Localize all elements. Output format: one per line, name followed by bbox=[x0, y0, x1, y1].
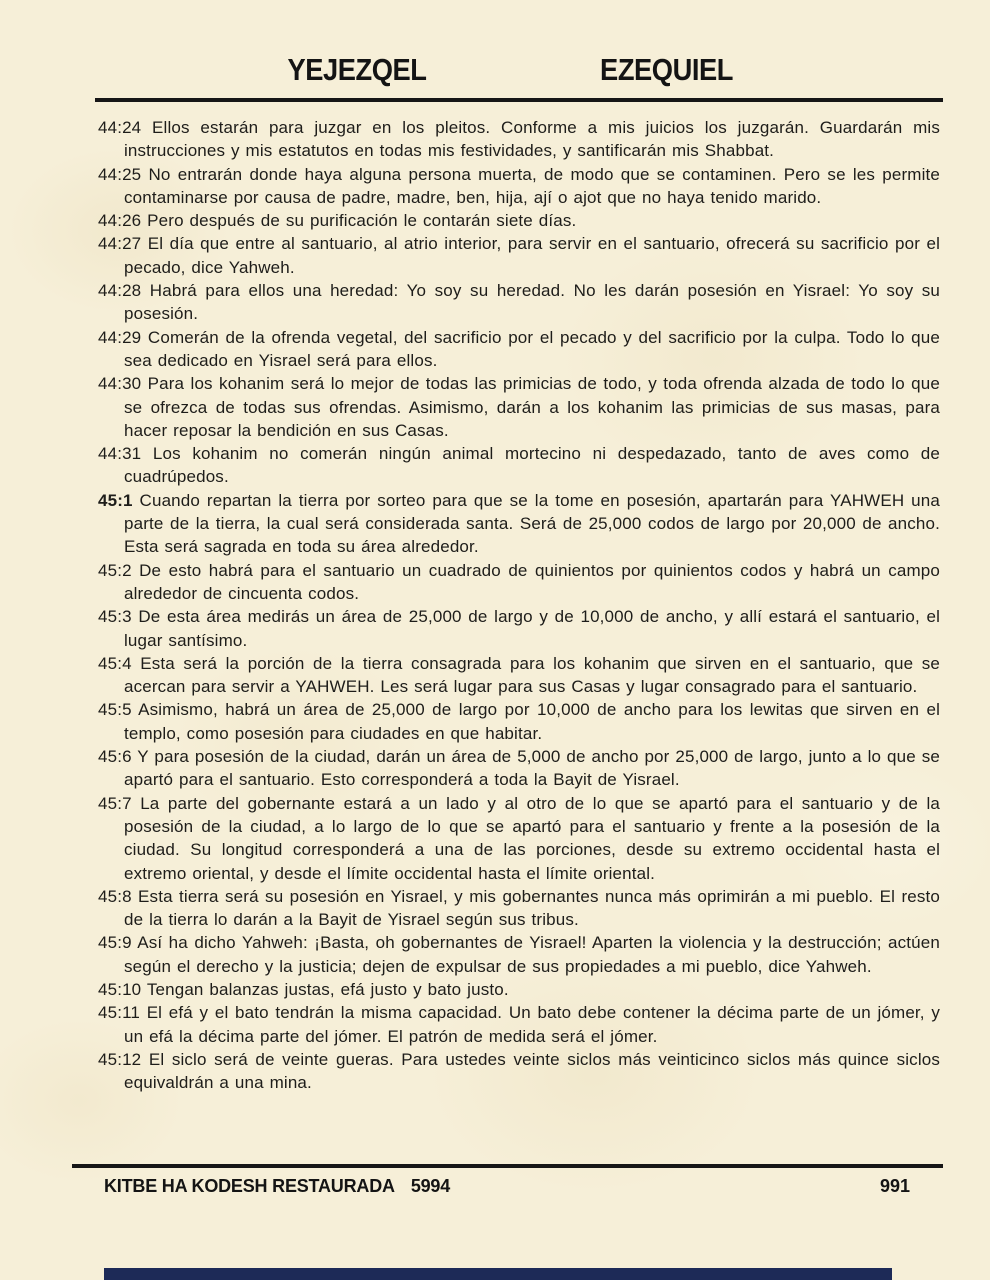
verse-paragraph: 45:10 Tengan balanzas justas, efá justo … bbox=[98, 978, 940, 1001]
bottom-edge-bar bbox=[104, 1268, 892, 1280]
verse-number: 44:28 bbox=[98, 281, 141, 300]
verse-paragraph: 44:24 Ellos estarán para juzgar en los p… bbox=[98, 116, 940, 163]
verse-text: De esta área medirás un área de 25,000 d… bbox=[124, 607, 940, 649]
verse-number: 45:7 bbox=[98, 794, 132, 813]
verse-text: Así ha dicho Yahweh: ¡Basta, oh gobernan… bbox=[124, 933, 940, 975]
verse-text: La parte del gobernante estará a un lado… bbox=[124, 794, 940, 883]
edition-year: 5994 bbox=[411, 1176, 450, 1196]
verse-text: El efá y el bato tendrán la misma capaci… bbox=[124, 1003, 940, 1045]
verse-paragraph: 45:5 Asimismo, habrá un área de 25,000 d… bbox=[98, 698, 940, 745]
verse-number: 44:26 bbox=[98, 211, 141, 230]
verse-text: Cuando repartan la tierra por sorteo par… bbox=[124, 491, 940, 557]
verse-text: De esto habrá para el santuario un cuadr… bbox=[124, 561, 940, 603]
book-title-hebrew: YEJEZQEL bbox=[287, 52, 426, 88]
verse-text: El día que entre al santuario, al atrio … bbox=[124, 234, 940, 276]
verse-paragraph: 44:28 Habrá para ellos una heredad: Yo s… bbox=[98, 279, 940, 326]
verse-number: 45:9 bbox=[98, 933, 132, 952]
verse-text: Habrá para ellos una heredad: Yo soy su … bbox=[124, 281, 940, 323]
verse-number: 45:1 bbox=[98, 491, 133, 510]
verse-number: 45:3 bbox=[98, 607, 132, 626]
page-number: 991 bbox=[880, 1176, 910, 1197]
edition-title: KITBE HA KODESH RESTAURADA bbox=[104, 1176, 395, 1196]
verse-text: Para los kohanim será lo mejor de todas … bbox=[124, 374, 940, 440]
verse-text: El siclo será de veinte gueras. Para ust… bbox=[124, 1050, 940, 1092]
verse-number: 45:8 bbox=[98, 887, 132, 906]
verse-paragraph: 45:8 Esta tierra será su posesión en Yis… bbox=[98, 885, 940, 932]
verse-number: 44:29 bbox=[98, 328, 141, 347]
verse-text: Pero después de su purificación le conta… bbox=[141, 211, 576, 230]
verse-text: Comerán de la ofrenda vegetal, del sacri… bbox=[124, 328, 940, 370]
verse-number: 44:24 bbox=[98, 118, 141, 137]
header-rule bbox=[95, 98, 943, 102]
verse-number: 44:30 bbox=[98, 374, 141, 393]
verse-text: No entrarán donde haya alguna persona mu… bbox=[124, 165, 940, 207]
verse-number: 45:12 bbox=[98, 1050, 141, 1069]
verse-text: Asimismo, habrá un área de 25,000 de lar… bbox=[124, 700, 940, 742]
verse-number: 44:31 bbox=[98, 444, 141, 463]
verse-number: 45:5 bbox=[98, 700, 132, 719]
verse-number: 45:2 bbox=[98, 561, 132, 580]
verse-paragraph: 45:6 Y para posesión de la ciudad, darán… bbox=[98, 745, 940, 792]
verse-paragraph: 45:7 La parte del gobernante estará a un… bbox=[98, 792, 940, 885]
verse-number: 44:27 bbox=[98, 234, 141, 253]
verse-text: Los kohanim no comerán ningún animal mor… bbox=[124, 444, 940, 486]
verse-paragraph: 44:31 Los kohanim no comerán ningún anim… bbox=[98, 442, 940, 489]
verse-paragraph: 45:9 Así ha dicho Yahweh: ¡Basta, oh gob… bbox=[98, 931, 940, 978]
verse-text: Y para posesión de la ciudad, darán un á… bbox=[124, 747, 940, 789]
verse-paragraph: 44:25 No entrarán donde haya alguna pers… bbox=[98, 163, 940, 210]
verse-paragraph: 45:4 Esta será la porción de la tierra c… bbox=[98, 652, 940, 699]
verse-text: Esta tierra será su posesión en Yisrael,… bbox=[124, 887, 940, 929]
verse-paragraph: 44:27 El día que entre al santuario, al … bbox=[98, 232, 940, 279]
verse-number: 45:4 bbox=[98, 654, 132, 673]
scripture-page: YEJEZQEL EZEQUIEL 44:24 Ellos estarán pa… bbox=[0, 0, 990, 1280]
verse-paragraph: 45:11 El efá y el bato tendrán la misma … bbox=[98, 1001, 940, 1048]
verse-number: 45:6 bbox=[98, 747, 132, 766]
verse-paragraph: 45:2 De esto habrá para el santuario un … bbox=[98, 559, 940, 606]
verse-text: Ellos estarán para juzgar en los pleitos… bbox=[124, 118, 940, 160]
verse-paragraph: 45:3 De esta área medirás un área de 25,… bbox=[98, 605, 940, 652]
verse-text: Esta será la porción de la tierra consag… bbox=[124, 654, 940, 696]
verse-list: 44:24 Ellos estarán para juzgar en los p… bbox=[98, 116, 940, 1094]
verse-paragraph: 45:12 El siclo será de veinte gueras. Pa… bbox=[98, 1048, 940, 1095]
verse-text: Tengan balanzas justas, efá justo y bato… bbox=[141, 980, 508, 999]
verse-number: 45:10 bbox=[98, 980, 141, 999]
footer-rule bbox=[72, 1164, 943, 1168]
page-header: YEJEZQEL EZEQUIEL bbox=[15, 52, 990, 88]
verse-paragraph: 44:26 Pero después de su purificación le… bbox=[98, 209, 940, 232]
verse-paragraph: 45:1 Cuando repartan la tierra por sorte… bbox=[98, 489, 940, 559]
verse-paragraph: 44:29 Comerán de la ofrenda vegetal, del… bbox=[98, 326, 940, 373]
verse-number: 44:25 bbox=[98, 165, 141, 184]
footer-edition: KITBE HA KODESH RESTAURADA5994 bbox=[104, 1176, 450, 1197]
verse-paragraph: 44:30 Para los kohanim será lo mejor de … bbox=[98, 372, 940, 442]
verse-number: 45:11 bbox=[98, 1003, 140, 1022]
book-title-spanish: EZEQUIEL bbox=[600, 52, 733, 88]
